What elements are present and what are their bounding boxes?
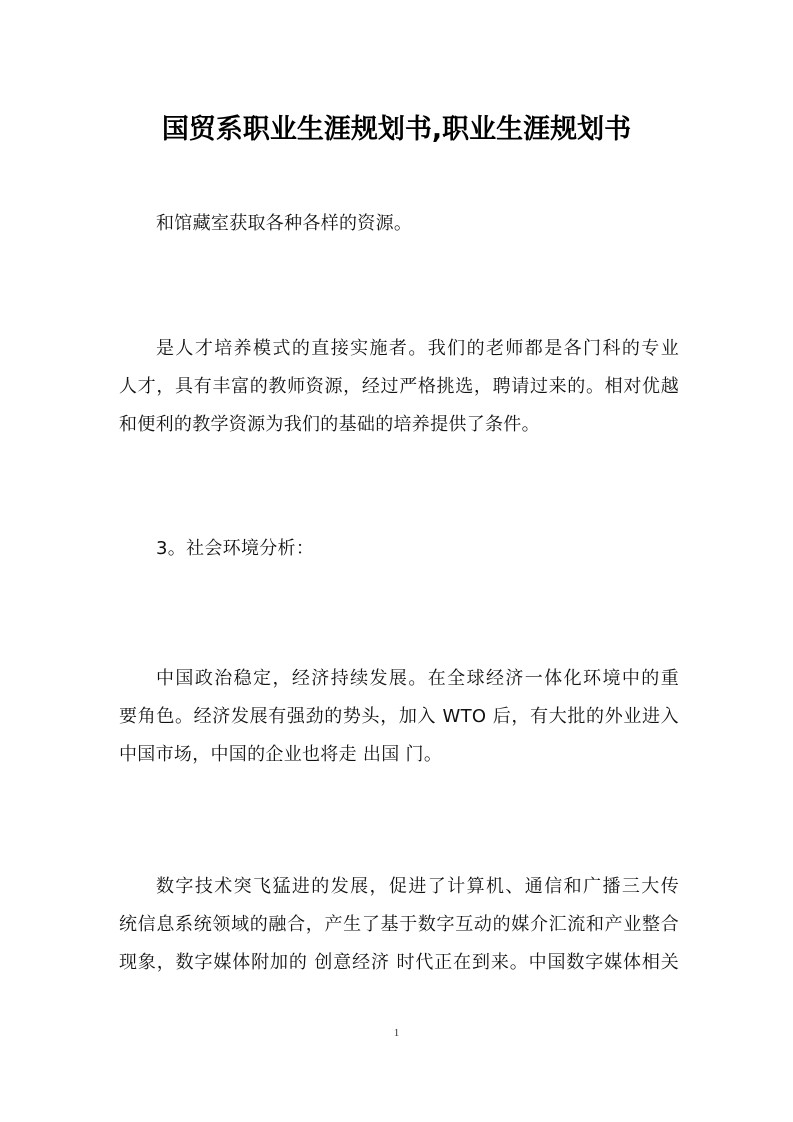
paragraph-line: 数字技术突飞猛进的发展，促进了计算机、通信和广播三大传 xyxy=(119,868,679,906)
paragraph-line: 人才，具有丰富的教师资源，经过严格挑选，聘请过来的。相对优越 xyxy=(119,368,679,406)
paragraph-line: 中国政治稳定，经济持续发展。在全球经济一体化环境中的重 xyxy=(119,660,679,698)
paragraph-line: 统信息系统领域的融合，产生了基于数字互动的媒介汇流和产业整合 xyxy=(119,906,679,944)
paragraph-politics-economy: 中国政治稳定，经济持续发展。在全球经济一体化环境中的重 要角色。经济发展有强劲的… xyxy=(119,660,679,774)
paragraph-line: 和便利的教学资源为我们的基础的培养提供了条件。 xyxy=(119,406,679,444)
paragraph-resources: 和馆藏室获取各种各样的资源。 xyxy=(119,205,679,243)
section-heading-social-environment: 3。社会环境分析： xyxy=(119,530,679,568)
paragraph-line: 是人才培养模式的直接实施者。我们的老师都是各门科的专业 xyxy=(119,330,679,368)
document-title: 国贸系职业生涯规划书,职业生涯规划书 xyxy=(0,108,793,152)
paragraph-line: 中国市场，中国的企业也将走 出国 门。 xyxy=(119,736,679,774)
paragraph-line: 和馆藏室获取各种各样的资源。 xyxy=(119,205,679,243)
paragraph-digital-media: 数字技术突飞猛进的发展，促进了计算机、通信和广播三大传 统信息系统领域的融合，产… xyxy=(119,868,679,982)
paragraph-teachers: 是人才培养模式的直接实施者。我们的老师都是各门科的专业 人才，具有丰富的教师资源… xyxy=(119,330,679,444)
page-number: 1 xyxy=(0,1027,793,1039)
section-heading: 3。社会环境分析： xyxy=(119,530,679,568)
paragraph-line: 现象，数字媒体附加的 创意经济 时代正在到来。中国数字媒体相关 xyxy=(119,944,679,982)
paragraph-line: 要角色。经济发展有强劲的势头，加入 WTO 后，有大批的外业进入 xyxy=(119,698,679,736)
